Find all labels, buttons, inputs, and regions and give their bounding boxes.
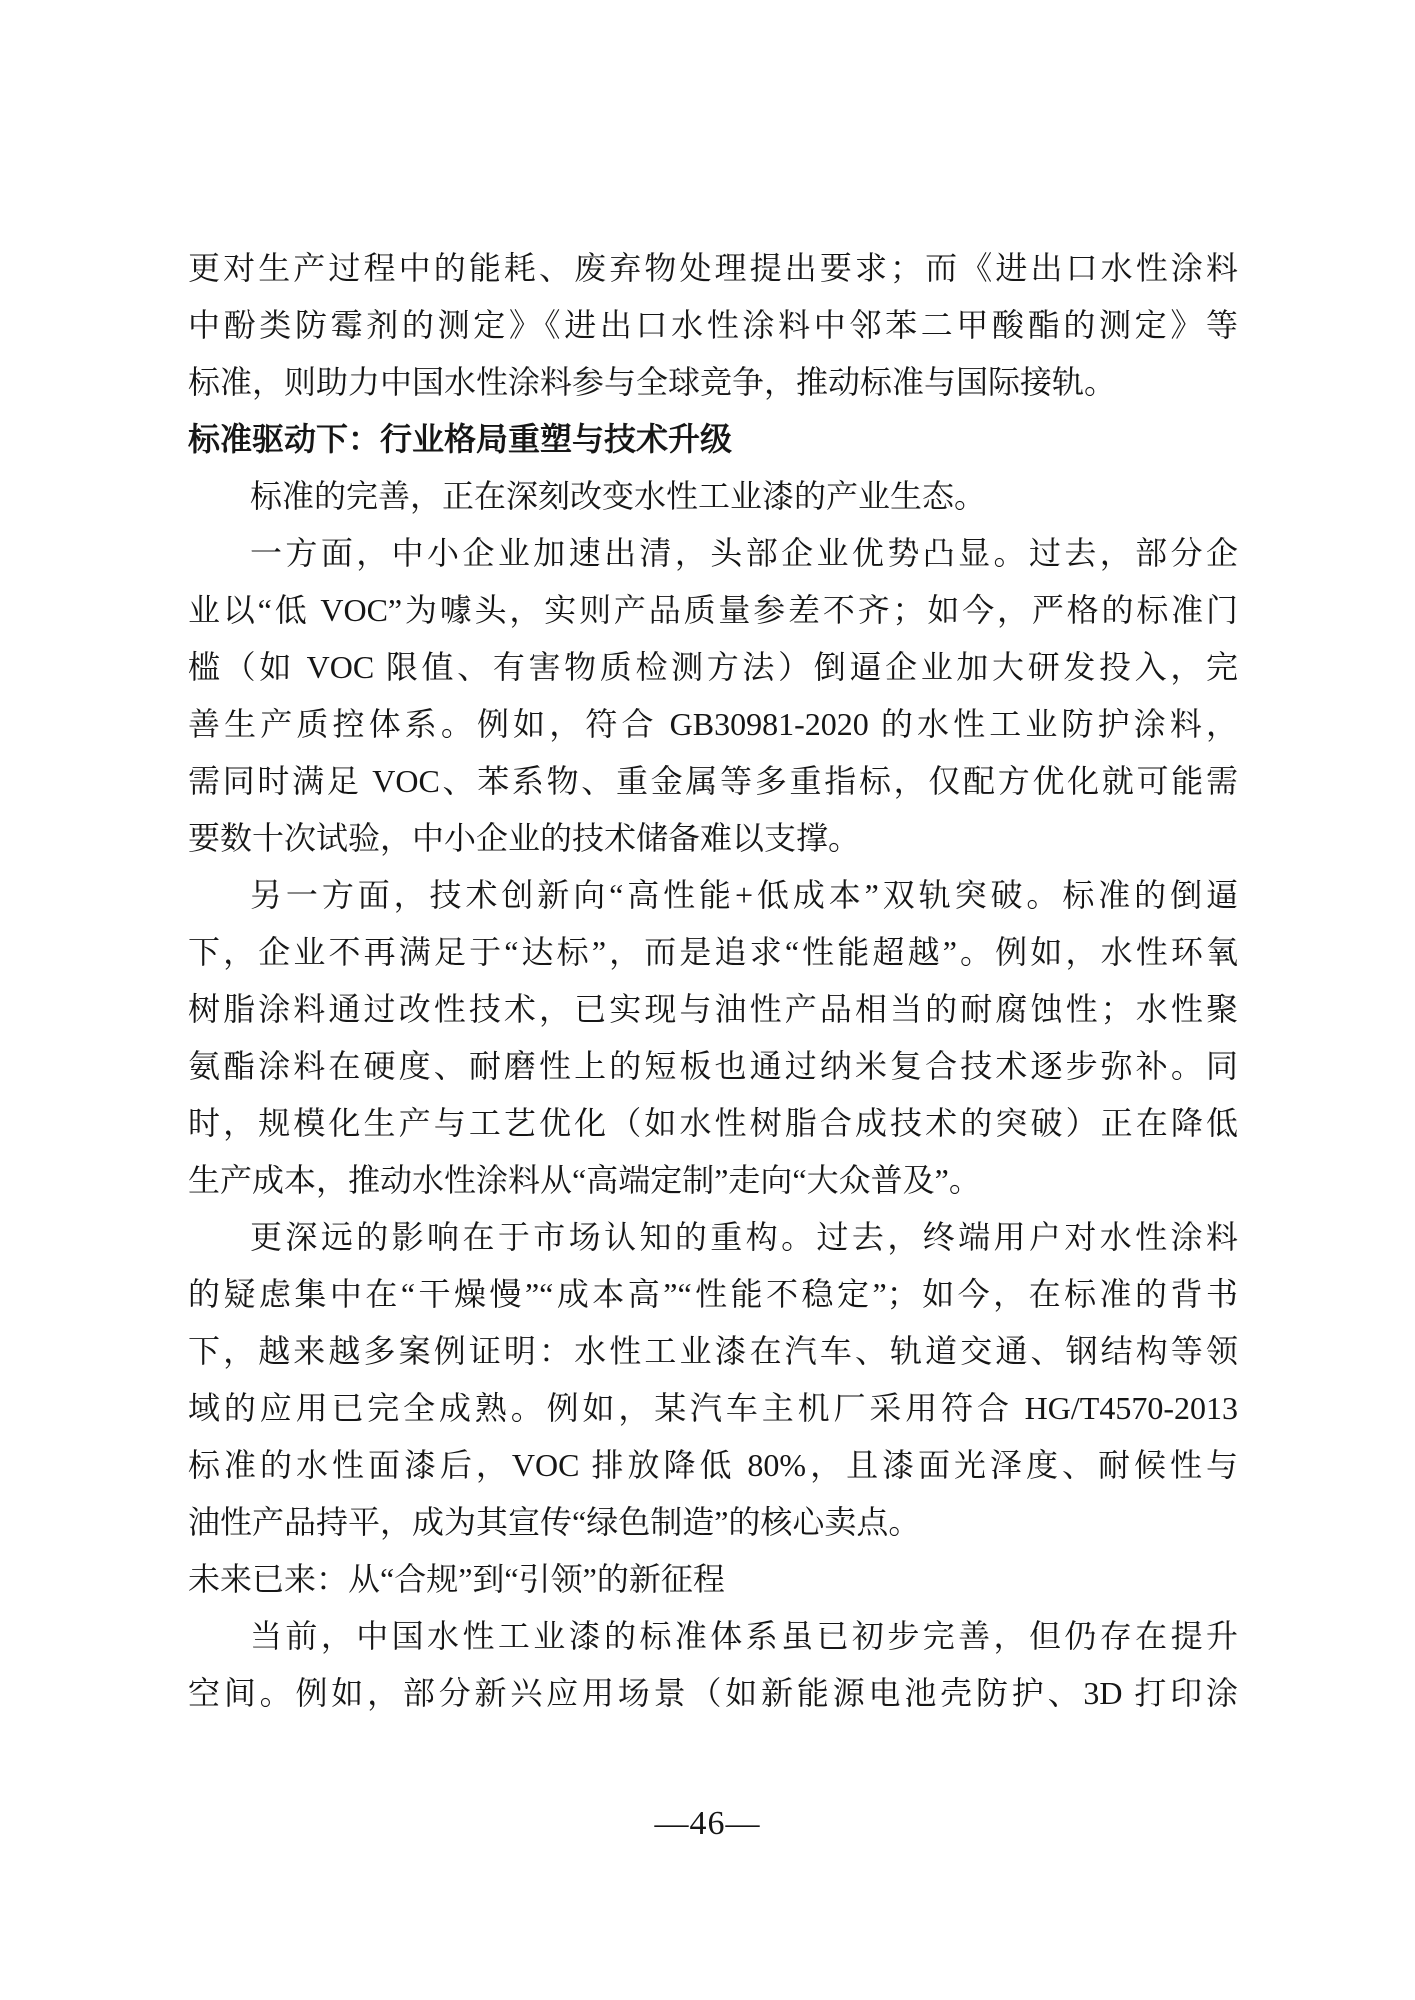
page-number: —46— [0,1804,1415,1844]
text-line: 标准，则助力中国水性涂料参与全球竞争，推动标准与国际接轨。 [188,354,1238,411]
text-line: 中酚类防霉剂的测定》《进出口水性涂料中邻苯二甲酸酯的测定》等 [188,297,1238,354]
text-line: 氨酯涂料在硬度、耐磨性上的短板也通过纳米复合技术逐步弥补。同 [188,1038,1238,1095]
text-line: 域的应用已完全成熟。例如，某汽车主机厂采用符合 HG/T4570-2013 [188,1380,1238,1437]
text-line: 要数十次试验，中小企业的技术储备难以支撑。 [188,810,1238,867]
text-line: 时，规模化生产与工艺优化（如水性树脂合成技术的突破）正在降低 [188,1095,1238,1152]
text-line: 一方面，中小企业加速出清，头部企业优势凸显。过去，部分企 [188,525,1238,582]
text-line: 另一方面，技术创新向“高性能+低成本”双轨突破。标准的倒逼 [188,867,1238,924]
text-line: 需同时满足 VOC、苯系物、重金属等多重指标，仅配方优化就可能需 [188,753,1238,810]
section-heading: 未来已来：从“合规”到“引领”的新征程 [188,1551,1238,1608]
document-page: 更对生产过程中的能耗、废弃物处理提出要求；而《进出口水性涂料中酚类防霉剂的测定》… [0,0,1415,2000]
text-line: 标准的完善，正在深刻改变水性工业漆的产业生态。 [188,468,1238,525]
text-line: 当前，中国水性工业漆的标准体系虽已初步完善，但仍存在提升 [188,1608,1238,1665]
section-heading-bold: 标准驱动下：行业格局重塑与技术升级 [188,411,1238,468]
text-block: 更对生产过程中的能耗、废弃物处理提出要求；而《进出口水性涂料中酚类防霉剂的测定》… [188,240,1238,1722]
text-line: 善生产质控体系。例如，符合 GB30981-2020 的水性工业防护涂料， [188,696,1238,753]
text-line: 业以“低 VOC”为噱头，实则产品质量参差不齐；如今，严格的标准门 [188,582,1238,639]
text-line: 油性产品持平，成为其宣传“绿色制造”的核心卖点。 [188,1494,1238,1551]
text-line: 的疑虑集中在“干燥慢”“成本高”“性能不稳定”；如今，在标准的背书 [188,1266,1238,1323]
text-line: 更对生产过程中的能耗、废弃物处理提出要求；而《进出口水性涂料 [188,240,1238,297]
text-line: 槛（如 VOC 限值、有害物质检测方法）倒逼企业加大研发投入，完 [188,639,1238,696]
text-line: 空间。例如，部分新兴应用场景（如新能源电池壳防护、3D 打印涂 [188,1665,1238,1722]
text-line: 更深远的影响在于市场认知的重构。过去，终端用户对水性涂料 [188,1209,1238,1266]
text-line: 下，企业不再满足于“达标”，而是追求“性能超越”。例如，水性环氧 [188,924,1238,981]
text-line: 生产成本，推动水性涂料从“高端定制”走向“大众普及”。 [188,1152,1238,1209]
text-line: 标准的水性面漆后，VOC 排放降低 80%，且漆面光泽度、耐候性与 [188,1437,1238,1494]
text-line: 下，越来越多案例证明：水性工业漆在汽车、轨道交通、钢结构等领 [188,1323,1238,1380]
text-line: 树脂涂料通过改性技术，已实现与油性产品相当的耐腐蚀性；水性聚 [188,981,1238,1038]
